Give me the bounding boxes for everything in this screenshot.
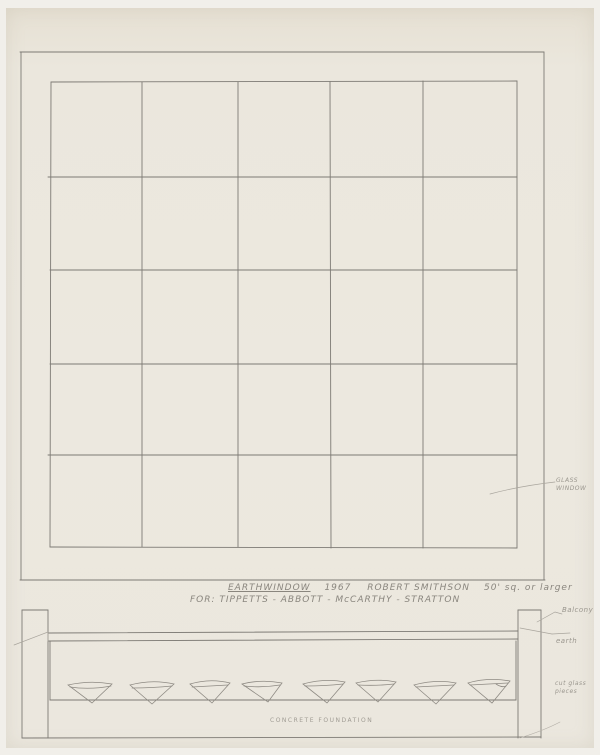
window-grid — [48, 81, 517, 548]
outer-frame — [20, 52, 545, 580]
drawing-year: 1967 — [324, 583, 351, 593]
client-line: FOR: TIPPETTS - ABBOTT - McCARTHY - STRA… — [190, 595, 460, 605]
balcony-label: Balcony — [562, 606, 593, 614]
foundation-label: CONCRETE FOUNDATION — [270, 717, 373, 724]
drawing-artist: ROBERT SMITHSON — [367, 583, 470, 593]
earthwindow-drawing — [0, 0, 600, 755]
cone-4 — [242, 681, 282, 702]
cone-7 — [414, 681, 456, 704]
earth-label: earth — [556, 637, 577, 645]
drawing-title-line: EARTHWINDOW 1967 ROBERT SMITHSON — [228, 583, 470, 593]
glass-window-leader — [490, 482, 555, 494]
glass-pieces-label: cut glass pieces — [555, 680, 597, 696]
cone-6 — [356, 680, 396, 702]
dimension-note: 50' sq. or larger — [484, 583, 573, 593]
cone-2 — [130, 682, 174, 704]
drawing-title: EARTHWINDOW — [228, 583, 311, 593]
glass-window-label: GLASS WINDOW — [556, 477, 596, 493]
cone-8 — [468, 679, 510, 703]
